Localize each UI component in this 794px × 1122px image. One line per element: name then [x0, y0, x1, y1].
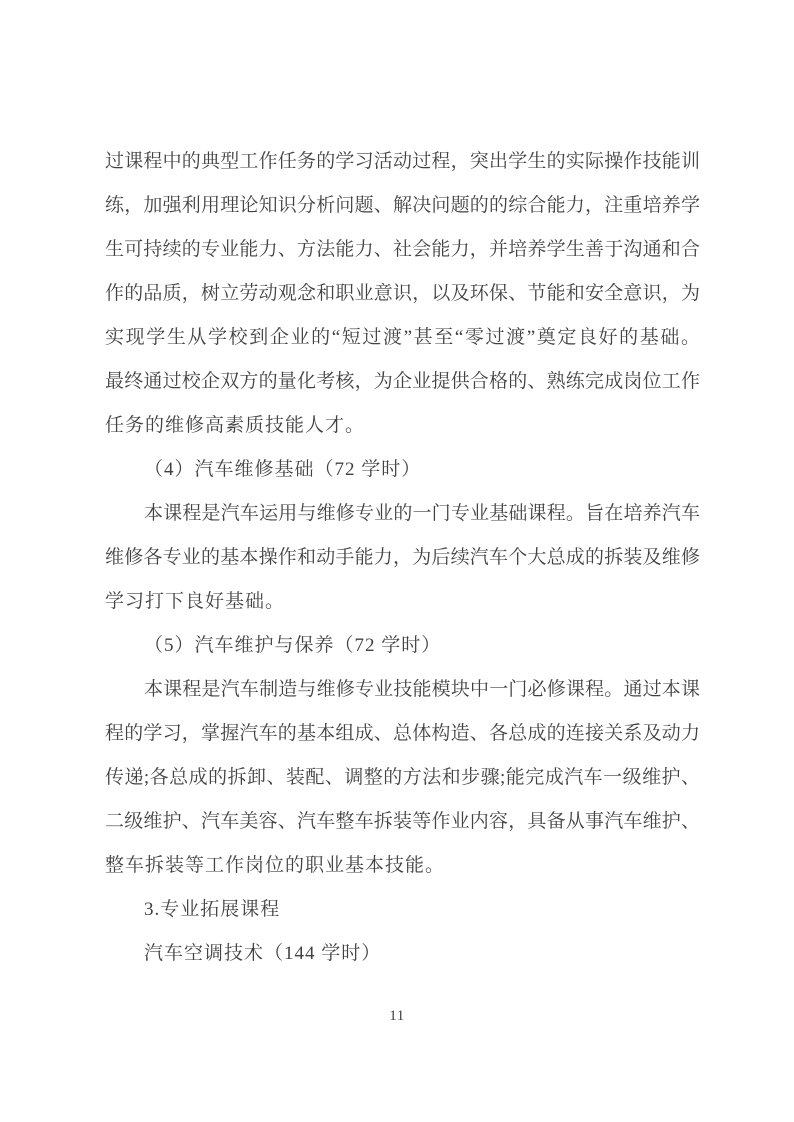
- page-number: 11: [0, 1008, 794, 1025]
- text-line: 作的品质，树立劳动观念和职业意识，以及环保、节能和安全意识，为: [105, 272, 700, 316]
- text-line: 最终通过校企双方的量化考核，为企业提供合格的、熟练完成岗位工作: [105, 360, 700, 404]
- text-line: 任务的维修高素质技能人才。: [105, 404, 700, 448]
- section-heading: （5）汽车维护与保养（72 学时）: [105, 624, 700, 668]
- text-line: 本课程是汽车制造与维修专业技能模块中一门必修课程。通过本课: [105, 668, 700, 712]
- text-line: 生可持续的专业能力、方法能力、社会能力，并培养学生善于沟通和合: [105, 228, 700, 272]
- text-line: 学习打下良好基础。: [105, 580, 700, 624]
- document-page: 过课程中的典型工作任务的学习活动过程，突出学生的实际操作技能训 练，加强利用理论…: [0, 0, 794, 1122]
- text-line: 实现学生从学校到企业的“短过渡”甚至“零过渡”奠定良好的基础。: [105, 316, 700, 360]
- document-body: 过课程中的典型工作任务的学习活动过程，突出学生的实际操作技能训 练，加强利用理论…: [105, 140, 700, 976]
- text-line: 程的学习，掌握汽车的基本组成、总体构造、各总成的连接关系及动力: [105, 712, 700, 756]
- section-heading: 3.专业拓展课程: [105, 888, 700, 932]
- text-line: 练，加强利用理论知识分析问题、解决问题的的综合能力，注重培养学: [105, 184, 700, 228]
- text-line: 本课程是汽车运用与维修专业的一门专业基础课程。旨在培养汽车: [105, 492, 700, 536]
- text-line: 传递;各总成的拆卸、装配、调整的方法和步骤;能完成汽车一级维护、: [105, 756, 700, 800]
- section-heading: 汽车空调技术（144 学时）: [105, 932, 700, 976]
- text-line: 维修各专业的基本操作和动手能力，为后续汽车个大总成的拆装及维修: [105, 536, 700, 580]
- text-line: 过课程中的典型工作任务的学习活动过程，突出学生的实际操作技能训: [105, 140, 700, 184]
- text-line: 整车拆装等工作岗位的职业基本技能。: [105, 844, 700, 888]
- section-heading: （4）汽车维修基础（72 学时）: [105, 448, 700, 492]
- text-line: 二级维护、汽车美容、汽车整车拆装等作业内容，具备从事汽车维护、: [105, 800, 700, 844]
